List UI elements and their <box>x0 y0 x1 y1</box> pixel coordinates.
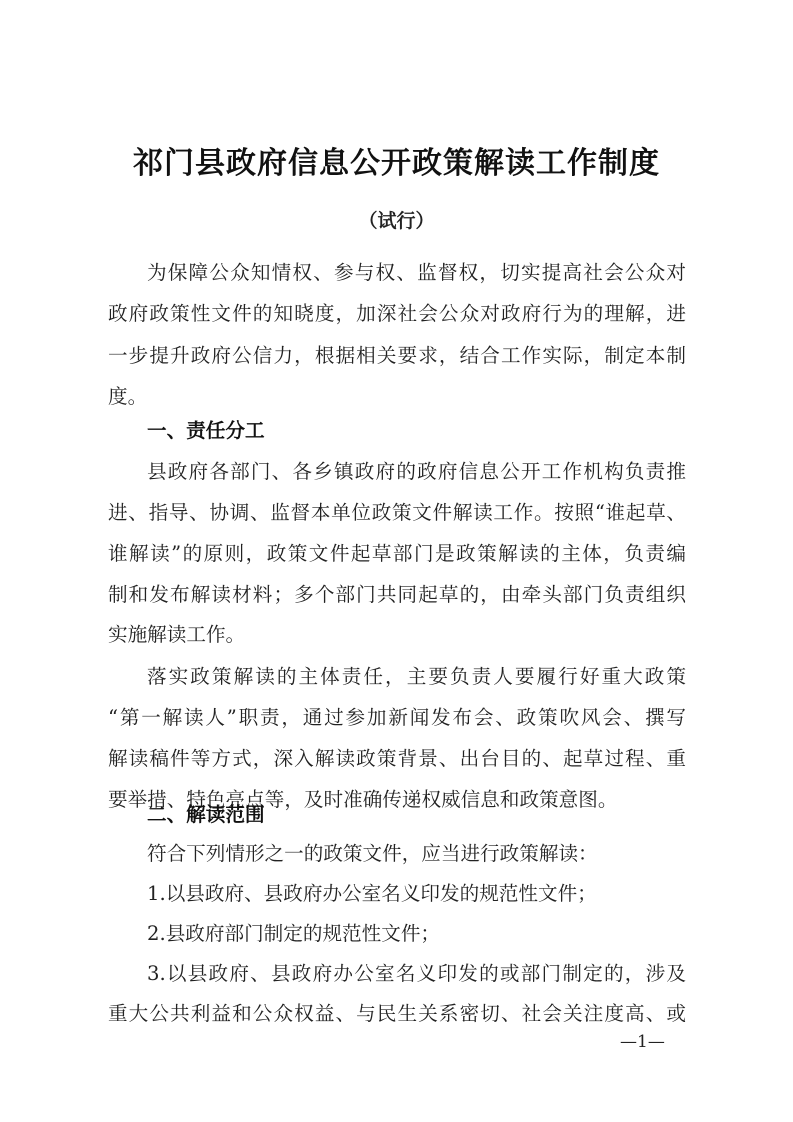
paragraph-line: 符合下列情形之一的政策文件，应当进行政策解读： <box>147 839 686 869</box>
page-number: —1— <box>620 1032 665 1052</box>
paragraph-line: 制和发布解读材料；多个部门共同起草的，由牵头部门负责组织 <box>108 580 686 610</box>
paragraph-line: 落实政策解读的主体责任，主要负责人要履行好重大政策 <box>147 662 686 692</box>
intro-line: 一步提升政府公信力，根据相关要求，结合工作实际，制定本制 <box>108 341 686 371</box>
paragraph-line: 实施解读工作。 <box>108 620 686 650</box>
paragraph-line: 解读稿件等方式，深入解读政策背景、出台目的、起草过程、重 <box>108 744 686 774</box>
intro-line: 度。 <box>108 382 686 412</box>
paragraph-line: 进、指导、协调、监督本单位政策文件解读工作。按照“谁起草、 <box>108 498 686 528</box>
paragraph-line: 县政府各部门、各乡镇政府的政府信息公开工作机构负责推 <box>147 457 686 487</box>
section-heading-scope: 二、解读范围 <box>147 800 265 830</box>
list-item-3: 3.以县政府、县政府办公室名义印发的或部门制定的，涉及 <box>147 959 686 989</box>
list-item-3-continued: 重大公共利益和公众权益、与民生关系密切、社会关注度高、或 <box>108 999 686 1029</box>
intro-line: 政府政策性文件的知晓度，加深社会公众对政府行为的理解，进 <box>108 299 686 329</box>
section-heading-responsibility: 一、责任分工 <box>147 416 265 446</box>
paragraph-line: 谁解读”的原则，政策文件起草部门是政策解读的主体，负责编 <box>108 539 686 569</box>
paragraph-line: “第一解读人”职责，通过参加新闻发布会、政策吹风会、撰写 <box>108 703 686 733</box>
intro-line: 为保障公众知情权、参与权、监督权，切实提高社会公众对 <box>147 258 686 288</box>
document-title: 祁门县政府信息公开政策解读工作制度 <box>0 138 793 182</box>
document-subtitle: （试行） <box>0 206 793 233</box>
document-page: 祁门县政府信息公开政策解读工作制度 （试行） 为保障公众知情权、参与权、监督权，… <box>0 0 793 1122</box>
list-item-2: 2.县政府部门制定的规范性文件； <box>147 919 686 949</box>
list-item-1: 1.以县政府、县政府办公室名义印发的规范性文件； <box>147 879 686 909</box>
